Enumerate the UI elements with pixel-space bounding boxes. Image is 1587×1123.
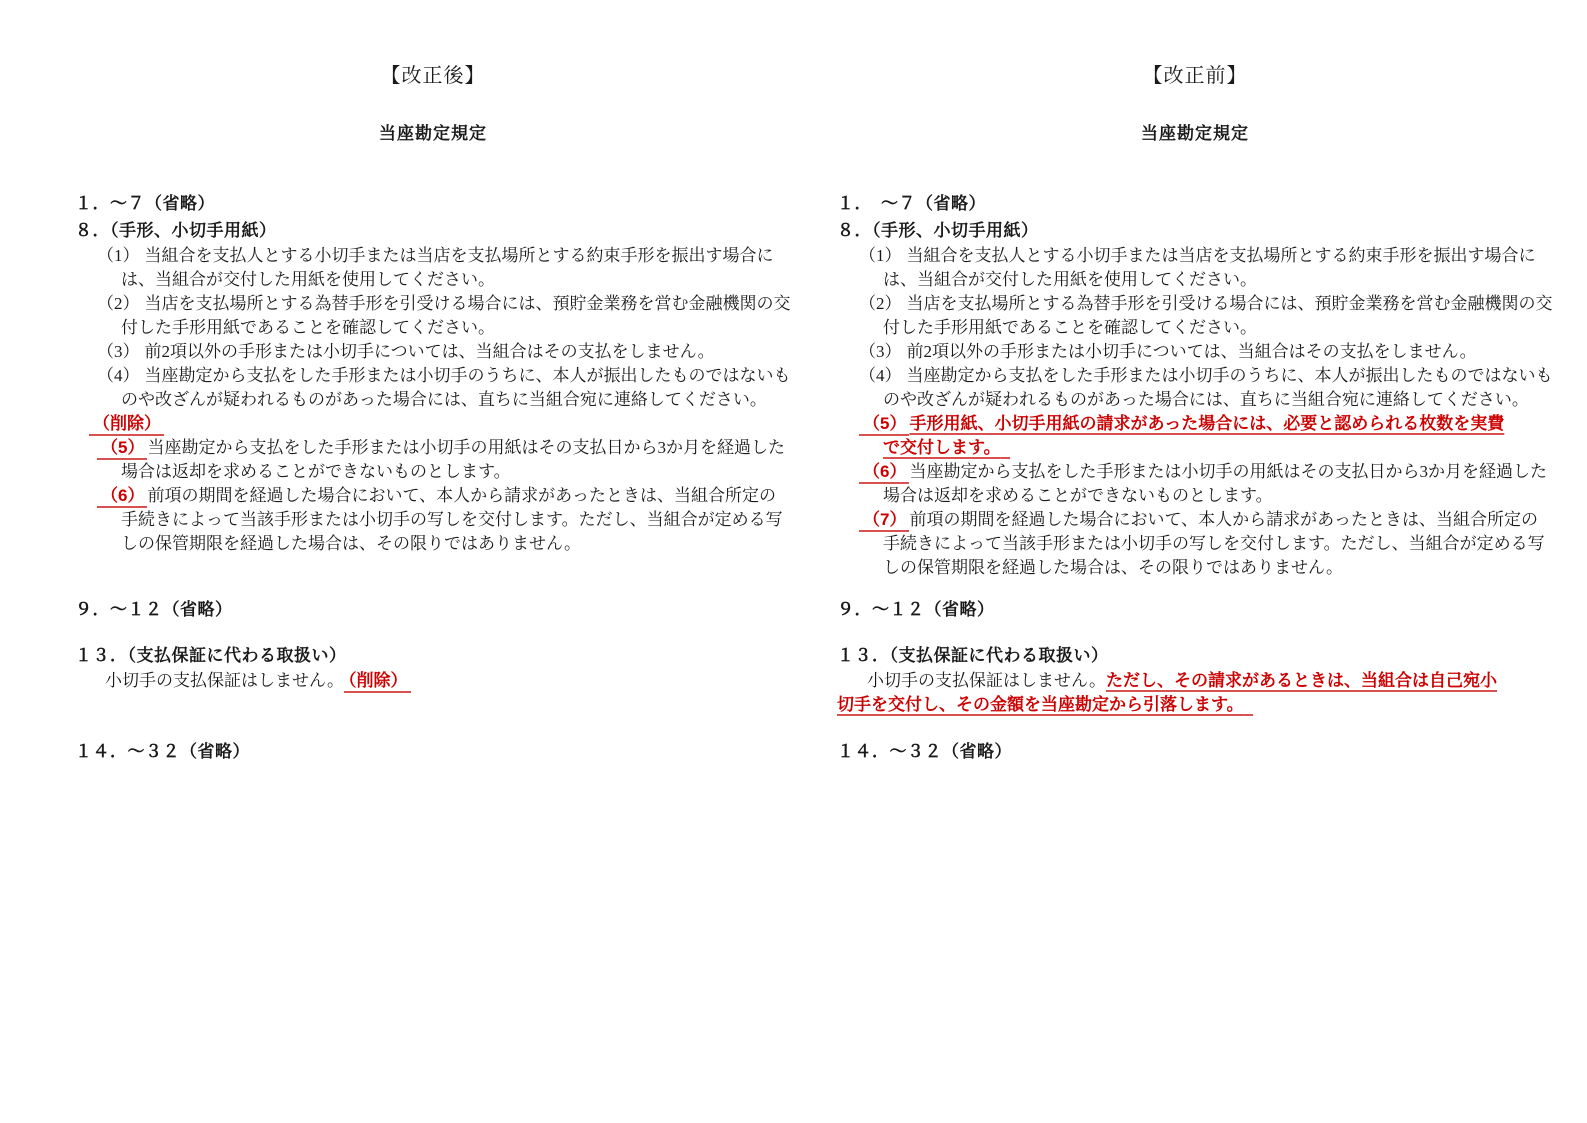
removed-clause-marker: （5）	[859, 414, 909, 436]
clause-6: （6）当座勘定から支払をした手形または小切手の用紙はその支払日から3か月を経過し…	[837, 460, 1553, 508]
clause-1: （1）当組合を支払人とする小切手または当店を支払場所とする約束手形を振出す場合に…	[837, 244, 1553, 292]
clause-text: 当店を支払場所とする為替手形を引受ける場合には、預貯金業務を営む金融機関の交付し…	[883, 294, 1553, 337]
clause-marker: （1）	[859, 246, 902, 265]
section-13-body: 小切手の支払保証はしません。ただし、その請求があるときは、当組合は自己宛小切手を…	[837, 669, 1553, 717]
clause-1: （1）当組合を支払人とする小切手または当店を支払場所とする約束手形を振出す場合に…	[75, 244, 791, 292]
clause-5: （5）当座勘定から支払をした手形または小切手の用紙はその支払日から3か月を経過し…	[75, 436, 791, 484]
section-9-12: ９．～１２（省略）	[75, 596, 791, 623]
clause-text: 前項の期間を経過した場合において、本人から請求があったときは、当組合所定の手続き…	[121, 486, 783, 553]
clause-text: 前2項以外の手形または小切手については、当組合はその支払をしません。	[145, 342, 715, 361]
clause-6: （6）前項の期間を経過した場合において、本人から請求があったときは、当組合所定の…	[75, 484, 791, 556]
clause-7: （7）前項の期間を経過した場合において、本人から請求があったときは、当組合所定の…	[837, 508, 1553, 580]
revision-after-column: 【改正後】 当座勘定規定 １．～７（省略） ８．（手形、小切手用紙） （1）当組…	[75, 62, 791, 765]
document-title: 当座勘定規定	[837, 122, 1553, 146]
removed-clause-text-line2: で交付します。	[883, 438, 1001, 457]
section-13-text: 小切手の支払保証はしません。	[105, 671, 344, 690]
clause-3: （3）前2項以外の手形または小切手については、当組合はその支払をしません。	[837, 340, 1553, 364]
section-8-heading: ８．（手形、小切手用紙）	[837, 217, 1553, 244]
section-13-text: 小切手の支払保証はしません。	[867, 671, 1106, 690]
renumbered-clause-marker: （6）	[97, 486, 147, 508]
clause-text: 当組合を支払人とする小切手または当店を支払場所とする約束手形を振出す場合には、当…	[883, 246, 1536, 289]
section-13-heading: １３．（支払保証に代わる取扱い）	[75, 642, 791, 669]
deletion-label: （削除）	[344, 671, 411, 693]
document-body: １．～７（省略） ８．（手形、小切手用紙） （1）当組合を支払人とする小切手また…	[75, 190, 791, 765]
removed-clause-text-line1: 手形用紙、小切手用紙の請求があった場合には、必要と認められる枚数を実費	[909, 414, 1504, 433]
deletion-label: （削除）	[89, 414, 164, 436]
clause-text: 当座勘定から支払をした手形または小切手のうちに、本人が振出したものではないものや…	[121, 366, 791, 409]
clause-text: 当組合を支払人とする小切手または当店を支払場所とする約束手形を振出す場合には、当…	[121, 246, 774, 289]
removed-clause-underline-tail	[1001, 438, 1010, 457]
clause-2: （2）当店を支払場所とする為替手形を引受ける場合には、預貯金業務を営む金融機関の…	[75, 292, 791, 340]
clause-2: （2）当店を支払場所とする為替手形を引受ける場合には、預貯金業務を営む金融機関の…	[837, 292, 1553, 340]
removed-sentence-line1: ただし、その請求があるときは、当組合は自己宛小	[1106, 671, 1497, 690]
clause-text: 当座勘定から支払をした手形または小切手の用紙はその支払日から3か月を経過した場合…	[121, 438, 785, 481]
clause-text: 当座勘定から支払をした手形または小切手のうちに、本人が振出したものではないものや…	[883, 366, 1553, 409]
clause-marker: （2）	[97, 294, 140, 313]
clause-marker: （1）	[97, 246, 140, 265]
section-14-32: １４．～３２（省略）	[75, 738, 791, 765]
document-title: 当座勘定規定	[75, 122, 791, 146]
clause-marker: （4）	[97, 366, 140, 385]
clause-marker: （2）	[859, 294, 902, 313]
section-13-body: 小切手の支払保証はしません。（削除）	[75, 669, 791, 693]
section-9-12: ９．～１２（省略）	[837, 596, 1553, 623]
section-8-heading: ８．（手形、小切手用紙）	[75, 217, 791, 244]
clause-5-removed-text: （5）手形用紙、小切手用紙の請求があった場合には、必要と認められる枚数を実費で交…	[837, 412, 1553, 460]
section-14-32: １４．～３２（省略）	[837, 738, 1553, 765]
renumbered-clause-marker: （6）	[859, 462, 909, 484]
clause-4: （4）当座勘定から支払をした手形または小切手のうちに、本人が振出したものではない…	[837, 364, 1553, 412]
clause-text: 当店を支払場所とする為替手形を引受ける場合には、預貯金業務を営む金融機関の交付し…	[121, 294, 791, 337]
clause-marker: （4）	[859, 366, 902, 385]
section-13-heading: １３．（支払保証に代わる取扱い）	[837, 642, 1553, 669]
revision-before-column: 【改正前】 当座勘定規定 １． ～７（省略） ８．（手形、小切手用紙） （1）当…	[837, 62, 1553, 765]
section-1-7: １．～７（省略）	[75, 190, 791, 217]
deleted-clause-marker: （削除）	[75, 412, 791, 436]
document-body: １． ～７（省略） ８．（手形、小切手用紙） （1）当組合を支払人とする小切手ま…	[837, 190, 1553, 765]
renumbered-clause-marker: （5）	[97, 438, 147, 460]
clause-text: 前項の期間を経過した場合において、本人から請求があったときは、当組合所定の手続き…	[883, 510, 1545, 577]
clause-marker: （3）	[859, 342, 902, 361]
clause-4: （4）当座勘定から支払をした手形または小切手のうちに、本人が振出したものではない…	[75, 364, 791, 412]
removed-sentence-underline-tail	[1244, 695, 1253, 714]
clause-marker: （3）	[97, 342, 140, 361]
clause-3: （3）前2項以外の手形または小切手については、当組合はその支払をしません。	[75, 340, 791, 364]
clause-text: 前2項以外の手形または小切手については、当組合はその支払をしません。	[907, 342, 1477, 361]
two-column-comparison: 【改正後】 当座勘定規定 １．～７（省略） ８．（手形、小切手用紙） （1）当組…	[0, 0, 1587, 765]
removed-sentence-line2: 切手を交付し、その金額を当座勘定から引落します。	[837, 695, 1244, 714]
section-1-7: １． ～７（省略）	[837, 190, 1553, 217]
column-tag-after: 【改正後】	[75, 62, 791, 90]
document-page: 【改正後】 当座勘定規定 １．～７（省略） ８．（手形、小切手用紙） （1）当組…	[0, 0, 1587, 1123]
clause-text: 当座勘定から支払をした手形または小切手の用紙はその支払日から3か月を経過した場合…	[883, 462, 1547, 505]
renumbered-clause-marker: （7）	[859, 510, 909, 532]
column-tag-before: 【改正前】	[837, 62, 1553, 90]
